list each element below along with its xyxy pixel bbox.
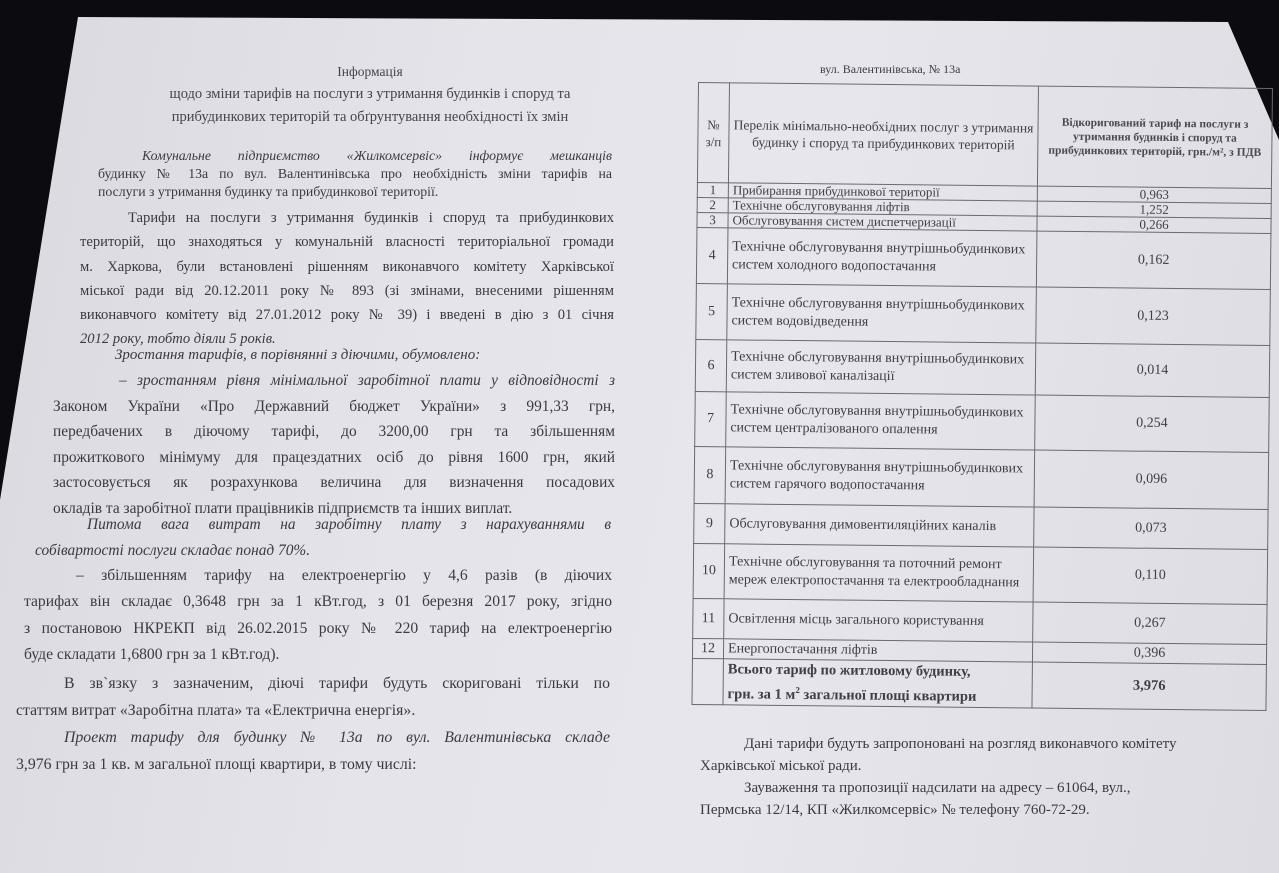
row-number: 5 <box>696 283 728 339</box>
row-number: 7 <box>695 391 727 446</box>
service-name: Технічне обслуговування внутрішньобудинк… <box>727 228 1037 287</box>
service-name: Обслуговування димовентиляційних каналів <box>725 504 1034 547</box>
total-label: Всього тариф по житловому будинку, грн. … <box>723 659 1032 708</box>
wage-share-paragraph: Питома вага витрат на заробітну плату з … <box>35 512 611 563</box>
table-row: 7Технічне обслуговування внутрішньобудин… <box>695 391 1270 452</box>
table-row: 11Освітлення місць загального користуван… <box>693 598 1267 644</box>
table-row: 5Технічне обслуговування внутрішньобудин… <box>696 283 1271 345</box>
table-row: 8Технічне обслуговування внутрішньобудин… <box>694 446 1269 509</box>
row-number: 12 <box>692 638 723 658</box>
row-number: 2 <box>697 197 728 212</box>
service-name: Технічне обслуговування внутрішньобудинк… <box>726 392 1036 450</box>
tariff-rows: 1Прибирання прибудинкової території0,963… <box>692 182 1271 664</box>
document-subtitle-line: прибудинкових територій та обґрунтування… <box>90 106 650 129</box>
electricity-paragraph: – збільшенням тарифу на електроенергію у… <box>24 563 612 668</box>
column-header-number: № з/п <box>697 83 729 183</box>
tariff-value: 0,073 <box>1034 507 1268 549</box>
intro-paragraph: Комунальне підприємство «Жилкомсервіс» і… <box>98 147 612 201</box>
adjustment-paragraph: В зв`язку з зазначеним, діючі тарифи буд… <box>16 670 610 724</box>
tariff-value: 0,014 <box>1035 343 1270 397</box>
tariff-value: 0,162 <box>1036 231 1271 289</box>
table-row: 9Обслуговування димовентиляційних каналі… <box>694 503 1268 549</box>
growth-heading: Зростання тарифів, в порівнянні з діючим… <box>115 342 615 368</box>
tariff-value: 0,123 <box>1036 287 1271 345</box>
table-header-row: № з/п Перелік мінімально-необхідних посл… <box>697 83 1272 189</box>
footer-note: Дані тарифи будуть запропоновані на розг… <box>700 733 1279 821</box>
row-number: 10 <box>693 543 725 598</box>
total-tariff-value: 3,976 <box>1032 662 1266 710</box>
row-number: 4 <box>696 227 728 283</box>
column-header-service: Перелік мінімально-необхідних послуг з у… <box>728 83 1038 186</box>
service-name: Технічне обслуговування та поточний ремо… <box>724 544 1034 602</box>
row-number: 11 <box>693 598 724 638</box>
tariff-value: 0,110 <box>1033 547 1268 604</box>
row-number: 3 <box>697 212 728 227</box>
tariff-value: 0,096 <box>1034 450 1269 509</box>
table-total-row: Всього тариф по житловому будинку, грн. … <box>692 658 1266 710</box>
service-name: Технічне обслуговування внутрішньобудинк… <box>726 340 1036 395</box>
address-header: вул. Валентинівська, № 13а <box>820 62 960 77</box>
service-name: Освітлення місць загального користування <box>724 599 1033 642</box>
document-title: Інформація <box>90 60 650 83</box>
tariff-value: 0,267 <box>1033 602 1267 644</box>
document-subtitle-line: щодо зміни тарифів на послуги з утриманн… <box>90 83 650 106</box>
row-number: 8 <box>694 446 726 503</box>
row-number: 1 <box>697 182 728 197</box>
tariff-table: № з/п Перелік мінімально-необхідних посл… <box>691 82 1272 711</box>
document-heading: Інформація щодо зміни тарифів на послуги… <box>90 60 650 129</box>
project-tariff-paragraph: Проект тарифу для будинку № 13а по вул. … <box>16 724 610 778</box>
tariffs-paragraph: Тарифи на послуги з утримання будинків і… <box>80 206 614 352</box>
row-number: 9 <box>694 503 725 543</box>
table-row: 6Технічне обслуговування внутрішньобудин… <box>695 339 1270 397</box>
column-header-tariff: Відкоригований тариф на послуги з утрима… <box>1037 86 1272 188</box>
table-row: 10Технічне обслуговування та поточний ре… <box>693 543 1268 604</box>
tariff-value: 0,396 <box>1032 642 1266 664</box>
right-page: вул. Валентинівська, № 13а № з/п Перелік… <box>690 0 1279 873</box>
row-number: 6 <box>695 339 727 391</box>
table-row: 4Технічне обслуговування внутрішньобудин… <box>696 227 1271 289</box>
wage-paragraph: – зростанням рівня мінімальної заробітно… <box>53 368 615 522</box>
tariff-value: 0,254 <box>1035 395 1270 452</box>
left-page: Інформація щодо зміни тарифів на послуги… <box>0 0 650 873</box>
service-name: Технічне обслуговування внутрішньобудинк… <box>727 284 1037 343</box>
service-name: Технічне обслуговування внутрішньобудинк… <box>725 447 1035 507</box>
